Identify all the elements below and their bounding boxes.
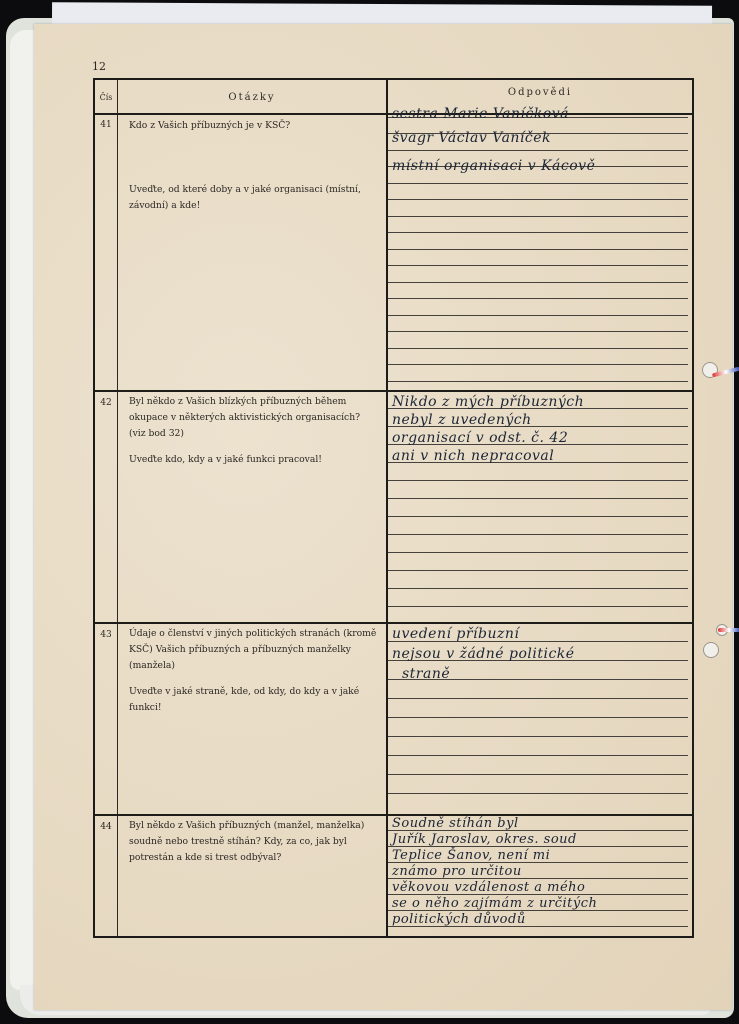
ruled-line [388, 755, 688, 756]
question-number: 41 [95, 120, 117, 130]
ruled-line [388, 498, 688, 499]
ruled-line [388, 793, 688, 794]
question-number: 44 [95, 822, 117, 832]
ruled-line [388, 331, 688, 332]
answer-field-41[interactable]: sestra Marie Vaníčková švagr Václav Vaní… [388, 100, 688, 390]
question-number: 43 [95, 630, 117, 640]
question-sub: Uveďte v jaké straně, kde, od kdy, do kd… [129, 684, 379, 716]
handwritten-answer-line: straně [402, 666, 450, 682]
question-text: Byl někdo z Vašich příbuzných (manžel, m… [129, 818, 379, 876]
punch-hole [703, 642, 719, 658]
handwritten-answer-line: Teplice Šanov, není mi [392, 848, 550, 863]
ruled-line [388, 364, 688, 365]
header-questions: Otázky [118, 80, 386, 114]
handwritten-answer-line: nejsou v žádné politické [392, 646, 575, 662]
handwritten-answer-line: ani v nich nepracoval [392, 448, 554, 464]
question-text: Byl někdo z Vašich blízkých příbuzných b… [129, 394, 379, 478]
handwritten-answer-line: Soudně stíhán byl [392, 816, 519, 831]
ruled-line [388, 480, 688, 481]
question-main: Byl někdo z Vašich příbuzných (manžel, m… [129, 818, 379, 866]
handwritten-answer-line: sestra Marie Vaníčková [392, 106, 569, 122]
ruled-line [388, 534, 688, 535]
ruled-line [388, 150, 688, 151]
ruled-line [388, 606, 688, 607]
ruled-line [388, 249, 688, 250]
ruled-line [388, 698, 688, 699]
handwritten-answer-line: známo pro určitou [392, 864, 522, 879]
question-text: Údaje o členství v jiných politických st… [129, 626, 379, 726]
ruled-line [388, 232, 688, 233]
handwritten-answer-line: se o něho zajímám z určitých [392, 896, 597, 911]
header-number: Čís [95, 80, 117, 114]
ruled-line [388, 516, 688, 517]
ruled-line [388, 265, 688, 266]
handwritten-answer-line: organisací v odst. č. 42 [392, 430, 568, 446]
handwritten-answer-line: Nikdo z mých příbuzných [392, 394, 584, 410]
binding-string [718, 628, 739, 632]
ruled-line [388, 183, 688, 184]
answer-field-42[interactable]: Nikdo z mých příbuzných nebyl z uvedenýc… [388, 390, 688, 622]
question-sub: Uveďte, od které doby a v jaké organisac… [129, 182, 379, 214]
handwritten-answer-line: uvedení příbuzní [392, 626, 519, 642]
handwritten-answer-line: švagr Václav Vaníček [392, 130, 551, 146]
handwritten-answer-line: politických důvodů [392, 912, 526, 927]
ruled-line [388, 381, 688, 382]
question-sub: Uveďte kdo, kdy a v jaké funkci pracoval… [129, 452, 379, 468]
ruled-line [388, 216, 688, 217]
column-divider-number [117, 80, 118, 936]
question-number: 42 [95, 398, 117, 408]
ruled-line [388, 282, 688, 283]
question-main: Byl někdo z Vašich blízkých příbuzných b… [129, 394, 379, 442]
handwritten-answer-line: Juřík Jaroslav, okres. soud [392, 832, 577, 847]
ruled-line [388, 315, 688, 316]
answer-field-43[interactable]: uvedení příbuzní nejsou v žádné politick… [388, 622, 688, 814]
ruled-line [388, 199, 688, 200]
ruled-line [388, 570, 688, 571]
ruled-line [388, 588, 688, 589]
ruled-line [388, 298, 688, 299]
handwritten-answer-line: místní organisaci v Kácově [392, 158, 595, 174]
ruled-line [388, 717, 688, 718]
answer-field-44[interactable]: Soudně stíhán byl Juřík Jaroslav, okres.… [388, 814, 688, 936]
question-main: Kdo z Vašich příbuzných je v KSČ? [129, 118, 379, 134]
handwritten-answer-line: věkovou vzdálenost a mého [392, 880, 585, 895]
questionnaire-table: Čís Otázky Odpovědi 41 Kdo z Vašich příb… [93, 78, 694, 938]
question-main: Údaje o členství v jiných politických st… [129, 626, 379, 674]
handwritten-answer-line: nebyl z uvedených [392, 412, 532, 428]
ruled-line [388, 552, 688, 553]
ruled-line [388, 774, 688, 775]
question-text: Kdo z Vašich příbuzných je v KSČ? Uveďte… [129, 118, 379, 224]
ruled-line [388, 736, 688, 737]
ruled-line [388, 348, 688, 349]
page-number: 12 [92, 60, 106, 73]
